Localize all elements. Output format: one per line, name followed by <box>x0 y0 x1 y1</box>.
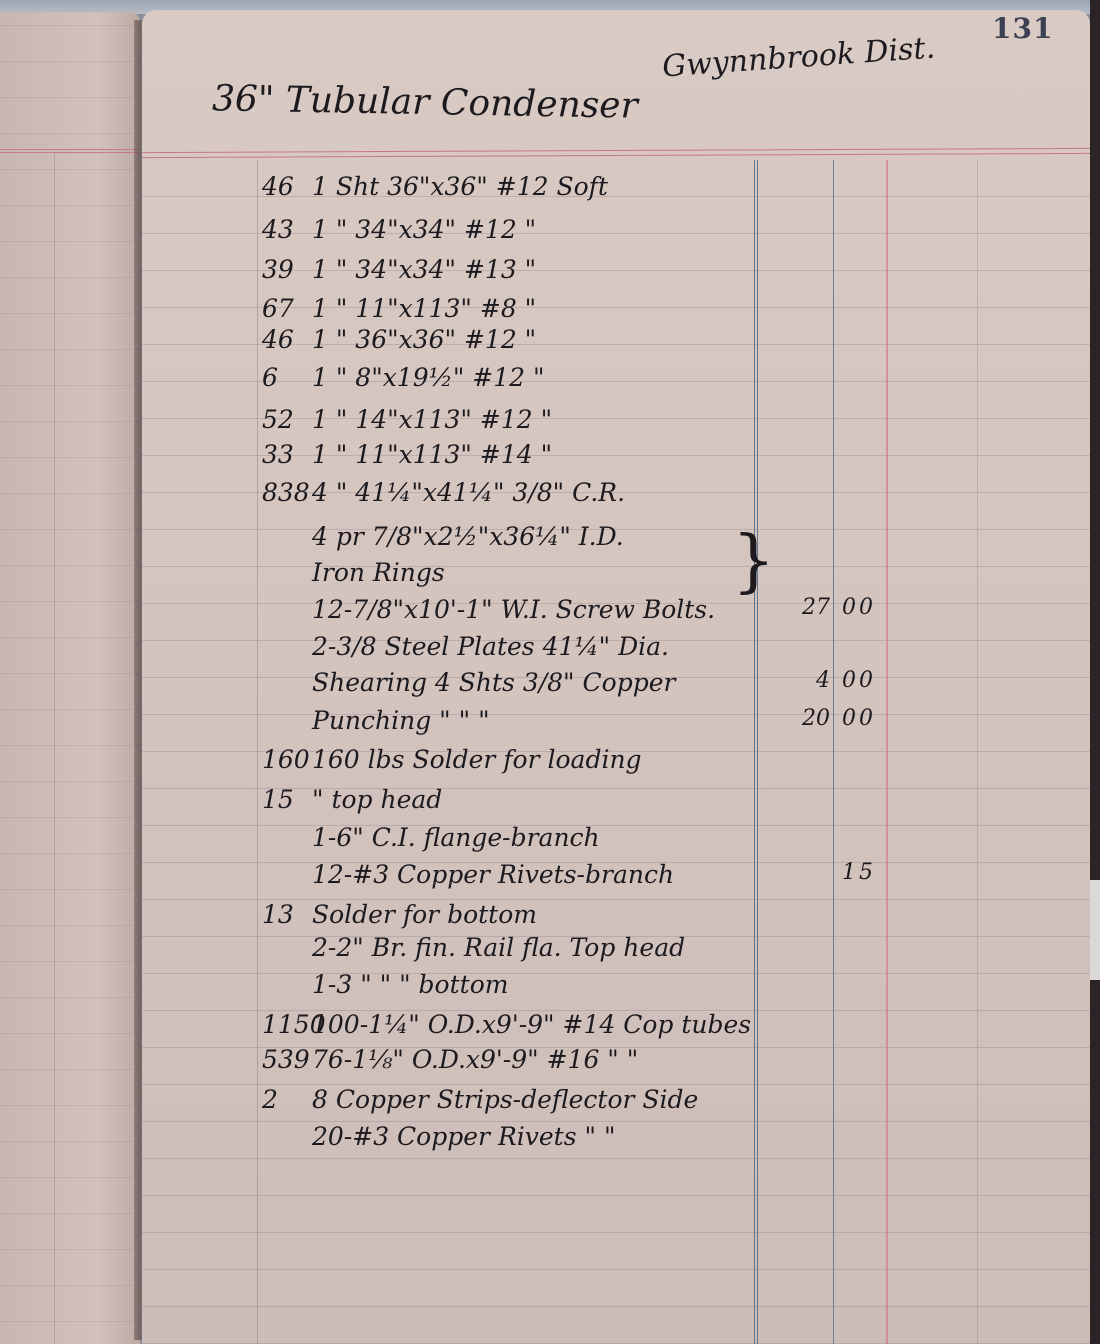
entry-quantity: 67 <box>262 294 294 323</box>
entry-description: Punching " " " <box>312 706 490 735</box>
entry-description: 1 " 34"x34" #13 " <box>312 255 536 284</box>
entry-cents: 00 <box>842 595 876 620</box>
entry-cents: 00 <box>842 706 876 731</box>
entry-quantity: 13 <box>262 900 294 929</box>
entry-description: 8 Copper Strips-deflector Side <box>312 1085 698 1114</box>
entry-cents: 00 <box>842 668 876 693</box>
left-page-column-line <box>54 152 55 1344</box>
entry-description: 1 Sht 36"x36" #12 Soft <box>312 172 608 201</box>
quantity-margin-line <box>257 160 258 1344</box>
entry-quantity: 39 <box>262 255 294 284</box>
entry-dollars: 20 <box>772 706 830 731</box>
left-page-ruling <box>0 12 140 1344</box>
entry-description: 1-3 " " " bottom <box>312 970 508 999</box>
entry-cents: 15 <box>842 860 876 885</box>
entry-dollars: 4 <box>772 668 830 693</box>
entry-description: 1 " 36"x36" #12 " <box>312 325 536 354</box>
left-page-red-rule <box>0 149 140 153</box>
entry-quantity: 46 <box>262 325 294 354</box>
entry-description: 1 " 14"x113" #12 " <box>312 405 552 434</box>
entry-quantity: 15 <box>262 785 294 814</box>
entry-quantity: 43 <box>262 215 294 244</box>
entry-description: 2-2" Br. fin. Rail fla. Top head <box>312 933 685 962</box>
district-heading: Gwynnbrook Dist. <box>661 31 936 85</box>
left-ledger-page <box>0 12 140 1344</box>
entry-quantity: 52 <box>262 405 294 434</box>
background-edge <box>1090 0 1100 1344</box>
entry-quantity: 539 <box>262 1045 310 1074</box>
entry-description: 4 " 41¼"x41¼" 3/8" C.R. <box>312 478 625 507</box>
entry-description: 1 " 11"x113" #8 " <box>312 294 536 323</box>
entry-description: 12-7/8"x10'-1" W.I. Screw Bolts. <box>312 595 715 624</box>
dollars-column-rule <box>754 160 758 1344</box>
entry-description: 160 lbs Solder for loading <box>312 745 642 774</box>
entry-quantity: 46 <box>262 172 294 201</box>
page-number: 131 <box>992 12 1053 45</box>
entry-description: 2-3/8 Steel Plates 41¼" Dia. <box>312 632 669 661</box>
entry-quantity: 6 <box>262 363 278 392</box>
faint-column-rule <box>977 160 978 1344</box>
entry-description: " top head <box>312 785 442 814</box>
entry-quantity: 33 <box>262 440 294 469</box>
entry-description: 4 pr 7/8"x2½"x36¼" I.D. <box>312 522 624 551</box>
entry-description: 1 " 8"x19½" #12 " <box>312 363 545 392</box>
entry-description: 1 " 34"x34" #12 " <box>312 215 536 244</box>
entry-description: 12-#3 Copper Rivets-branch <box>312 860 674 889</box>
entry-quantity: 2 <box>262 1085 278 1114</box>
red-column-rule <box>886 160 888 1344</box>
cents-column-rule <box>833 160 834 1344</box>
entry-description: 76-1⅛" O.D.x9'-9" #16 " " <box>312 1045 638 1074</box>
entry-description: Shearing 4 Shts 3/8" Copper <box>312 668 675 697</box>
entry-description: 20-#3 Copper Rivets " " <box>312 1122 615 1151</box>
ledger-page: 131 Gwynnbrook Dist. 36" Tubular Condens… <box>142 10 1090 1344</box>
entry-description: 100-1¼" O.D.x9'-9" #14 Cop tubes <box>312 1010 751 1039</box>
entry-description: Solder for bottom <box>312 900 537 929</box>
entry-quantity: 160 <box>262 745 310 774</box>
page-title: 36" Tubular Condenser <box>212 78 638 126</box>
entry-dollars: 27 <box>772 595 830 620</box>
header-red-rule <box>142 148 1090 158</box>
entry-quantity: 838 <box>262 478 310 507</box>
brace-mark: } <box>732 528 775 596</box>
entry-description: Iron Rings <box>312 558 445 587</box>
entry-description: 1-6" C.I. flange-branch <box>312 823 600 852</box>
entry-description: 1 " 11"x113" #14 " <box>312 440 552 469</box>
